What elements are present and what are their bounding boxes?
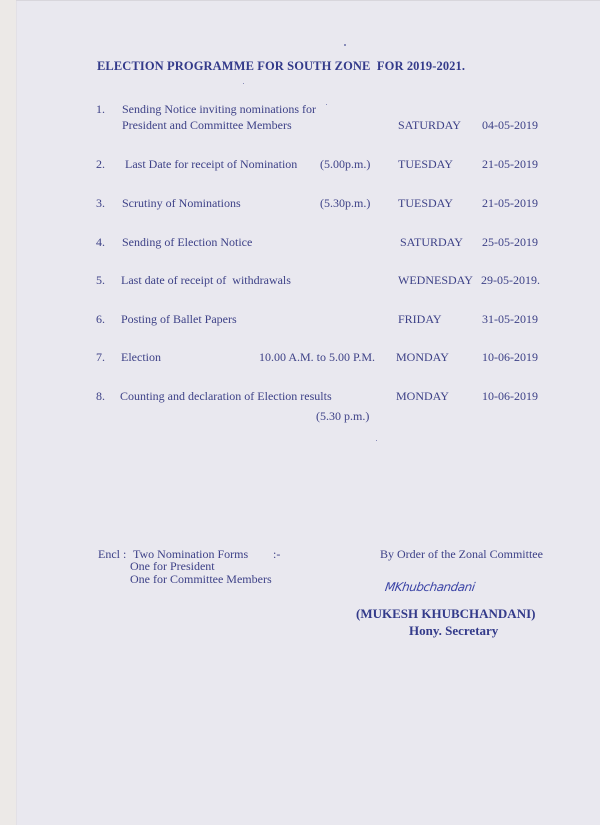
item-date: 25-05-2019 (482, 235, 538, 250)
scan-speck (376, 440, 377, 441)
item-day: TUESDAY (398, 196, 453, 211)
item-date: 21-05-2019 (482, 157, 538, 172)
order-text: By Order of the Zonal Committee (380, 547, 543, 562)
item-number: 8. (96, 389, 105, 404)
signature: MKhubchandani (384, 580, 476, 594)
item-time: (5.00p.m.) (320, 157, 370, 172)
enclosure-label: Encl : (98, 547, 126, 561)
item-number: 7. (96, 350, 105, 365)
document-title: ELECTION PROGRAMME FOR SOUTH ZONE FOR 20… (97, 59, 465, 74)
item-time: (5.30p.m.) (320, 196, 370, 211)
item-number: 6. (96, 312, 105, 327)
item-day: SATURDAY (400, 235, 463, 250)
item-day: MONDAY (396, 389, 449, 404)
item-date: 10-06-2019 (482, 350, 538, 365)
signatory-title: Hony. Secretary (409, 623, 498, 639)
item-number: 1. (96, 102, 105, 117)
enclosure-line3: One for Committee Members (130, 572, 272, 586)
item-description: Posting of Ballet Papers (121, 312, 237, 327)
item-time: 10.00 A.M. to 5.00 P.M. (259, 350, 375, 365)
scan-speck (344, 44, 346, 46)
item-description: Scrutiny of Nominations (122, 196, 241, 211)
item-date: 10-06-2019 (482, 389, 538, 404)
item-number: 4. (96, 235, 105, 250)
item-day: MONDAY (396, 350, 449, 365)
item-date: 29-05-2019. (481, 273, 540, 288)
item-number: 3. (96, 196, 105, 211)
item-description: Sending of Election Notice (122, 235, 252, 250)
scan-speck (243, 83, 244, 84)
item-day: FRIDAY (398, 312, 442, 327)
item-description: Last date of receipt of withdrawals (121, 273, 291, 288)
enclosure-separator: :- (273, 547, 280, 561)
item-description: Sending Notice inviting nominations for (122, 102, 316, 117)
item-description: Counting and declaration of Election res… (120, 389, 332, 404)
item-time: (5.30 p.m.) (316, 409, 369, 424)
item-date: 21-05-2019 (482, 196, 538, 211)
item-description-line2: President and Committee Members (122, 118, 292, 133)
item-description: Election (121, 350, 161, 365)
item-date: 04-05-2019 (482, 118, 538, 133)
item-number: 2. (96, 157, 105, 172)
item-day: WEDNESDAY (398, 273, 473, 288)
item-day: SATURDAY (398, 118, 461, 133)
item-number: 5. (96, 273, 105, 288)
item-date: 31-05-2019 (482, 312, 538, 327)
enclosure-line2: One for President (130, 559, 215, 573)
scan-speck (326, 104, 327, 105)
document-page: ELECTION PROGRAMME FOR SOUTH ZONE FOR 20… (0, 0, 600, 825)
item-description: Last Date for receipt of Nomination (125, 157, 297, 172)
item-day: TUESDAY (398, 157, 453, 172)
signatory-name: (MUKESH KHUBCHANDANI) (356, 606, 535, 622)
